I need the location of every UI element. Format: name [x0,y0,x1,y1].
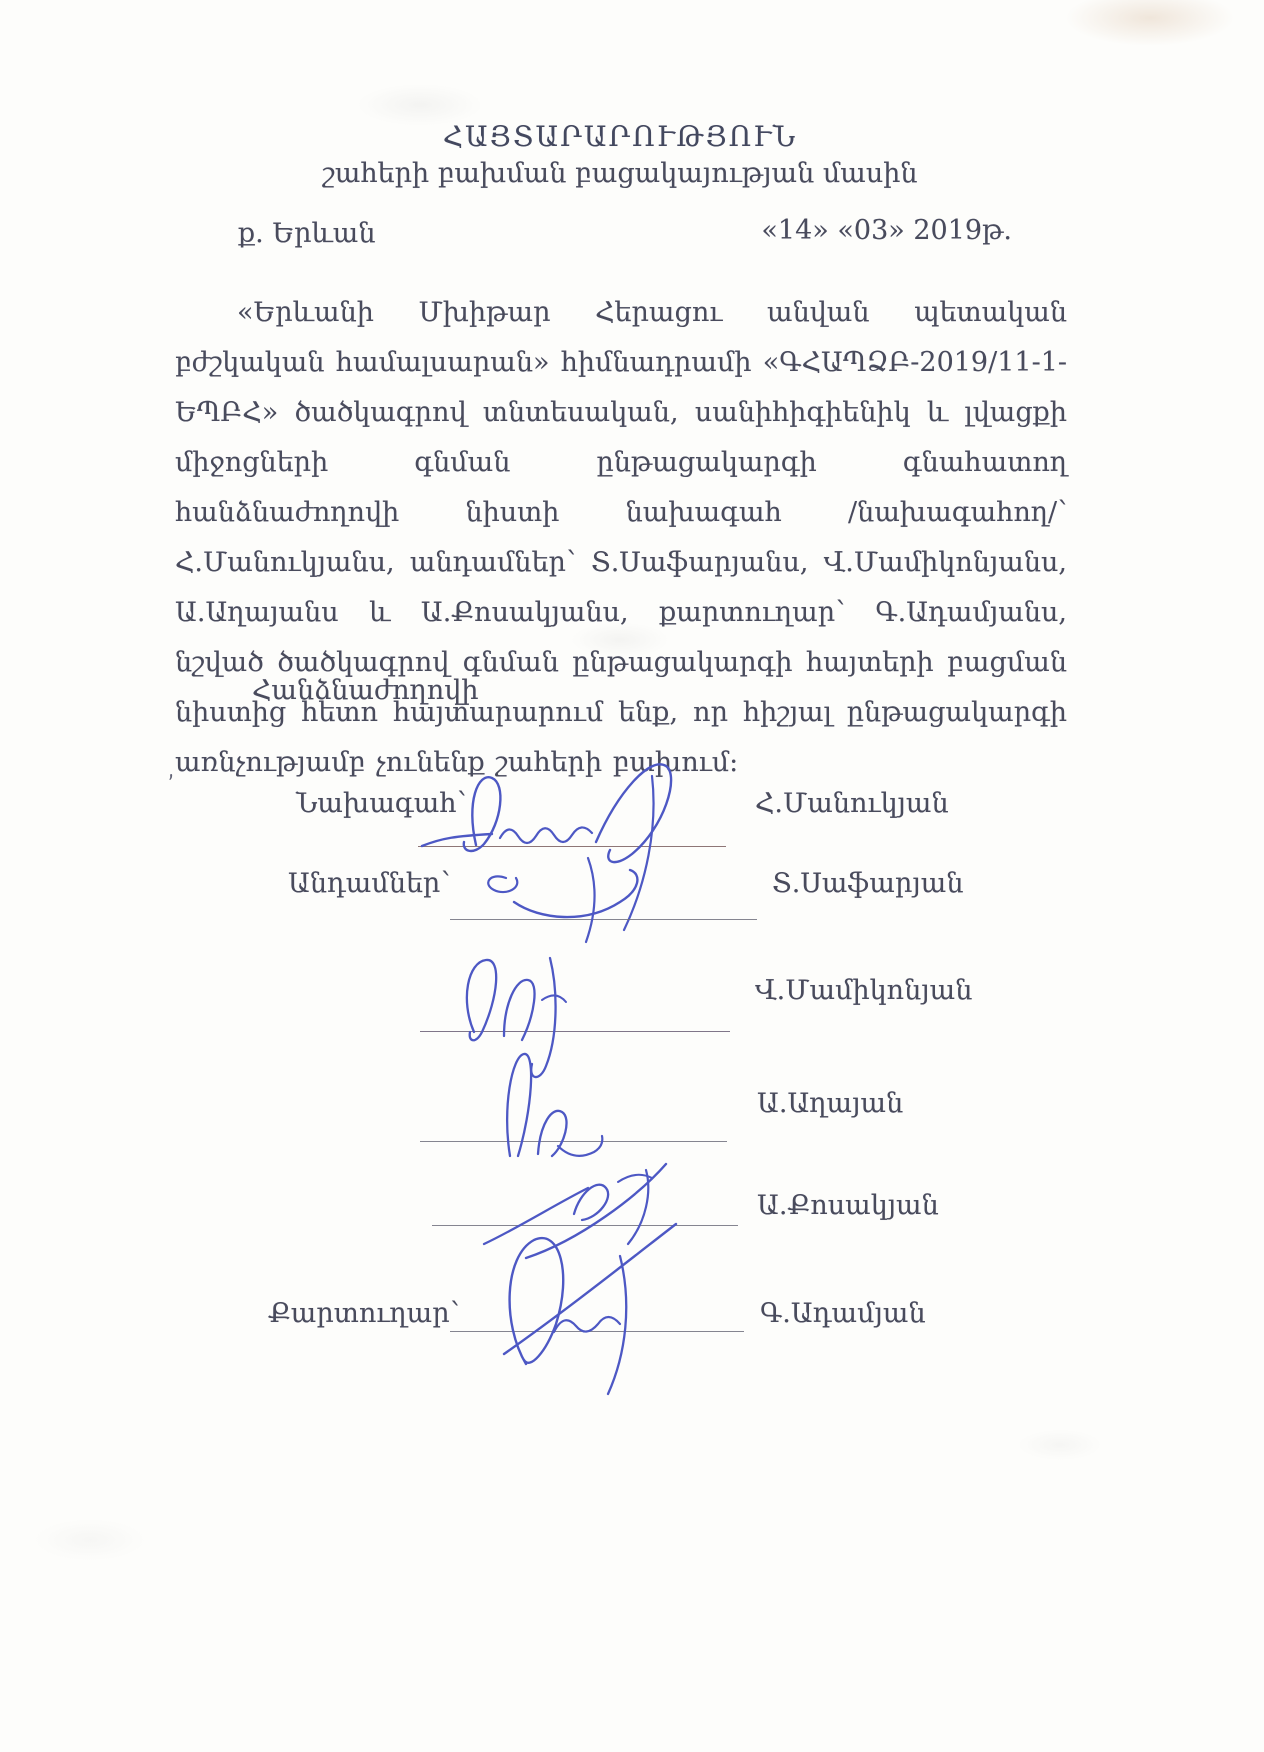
document-title: ՀԱՅՏԱՐԱՐՈՒԹՅՈՒՆ [175,120,1065,153]
committee-label: Հանձնաժողովի [252,675,478,706]
city-label: ք. Երևան [238,218,376,249]
signature-name-adamyan: Գ.Ադամյան [760,1298,926,1329]
signature-name-kosakyan: Ա.Քոսակյան [757,1190,939,1221]
declaration-paragraph: «Երևանի Մխիթար Հերացու անվան պետական բժշ… [175,288,1067,788]
date-label: «14» «03» 2019թ. [761,215,1012,246]
signature-safaryan-ink [470,850,700,950]
scanned-declaration-page: ՀԱՅՏԱՐԱՐՈՒԹՅՈՒՆ շահերի բախման բացակայութ… [0,0,1264,1752]
document-subtitle: շահերի բախման բացակայության մասին [175,158,1065,189]
signature-name-mamikonyan: Վ.Մամիկոնյան [755,975,972,1006]
signature-role-members: Անդամներ՝ [288,868,450,899]
signature-name-safaryan: Տ.Սաֆարյան [772,868,964,899]
signature-name-manukyan: Հ.Մանուկյան [755,788,949,819]
signature-name-aghayan: Ա.Աղայան [757,1088,903,1119]
signature-role-secretary: Քարտուղար՝ [268,1298,459,1329]
signature-adamyan-ink [468,1212,708,1402]
